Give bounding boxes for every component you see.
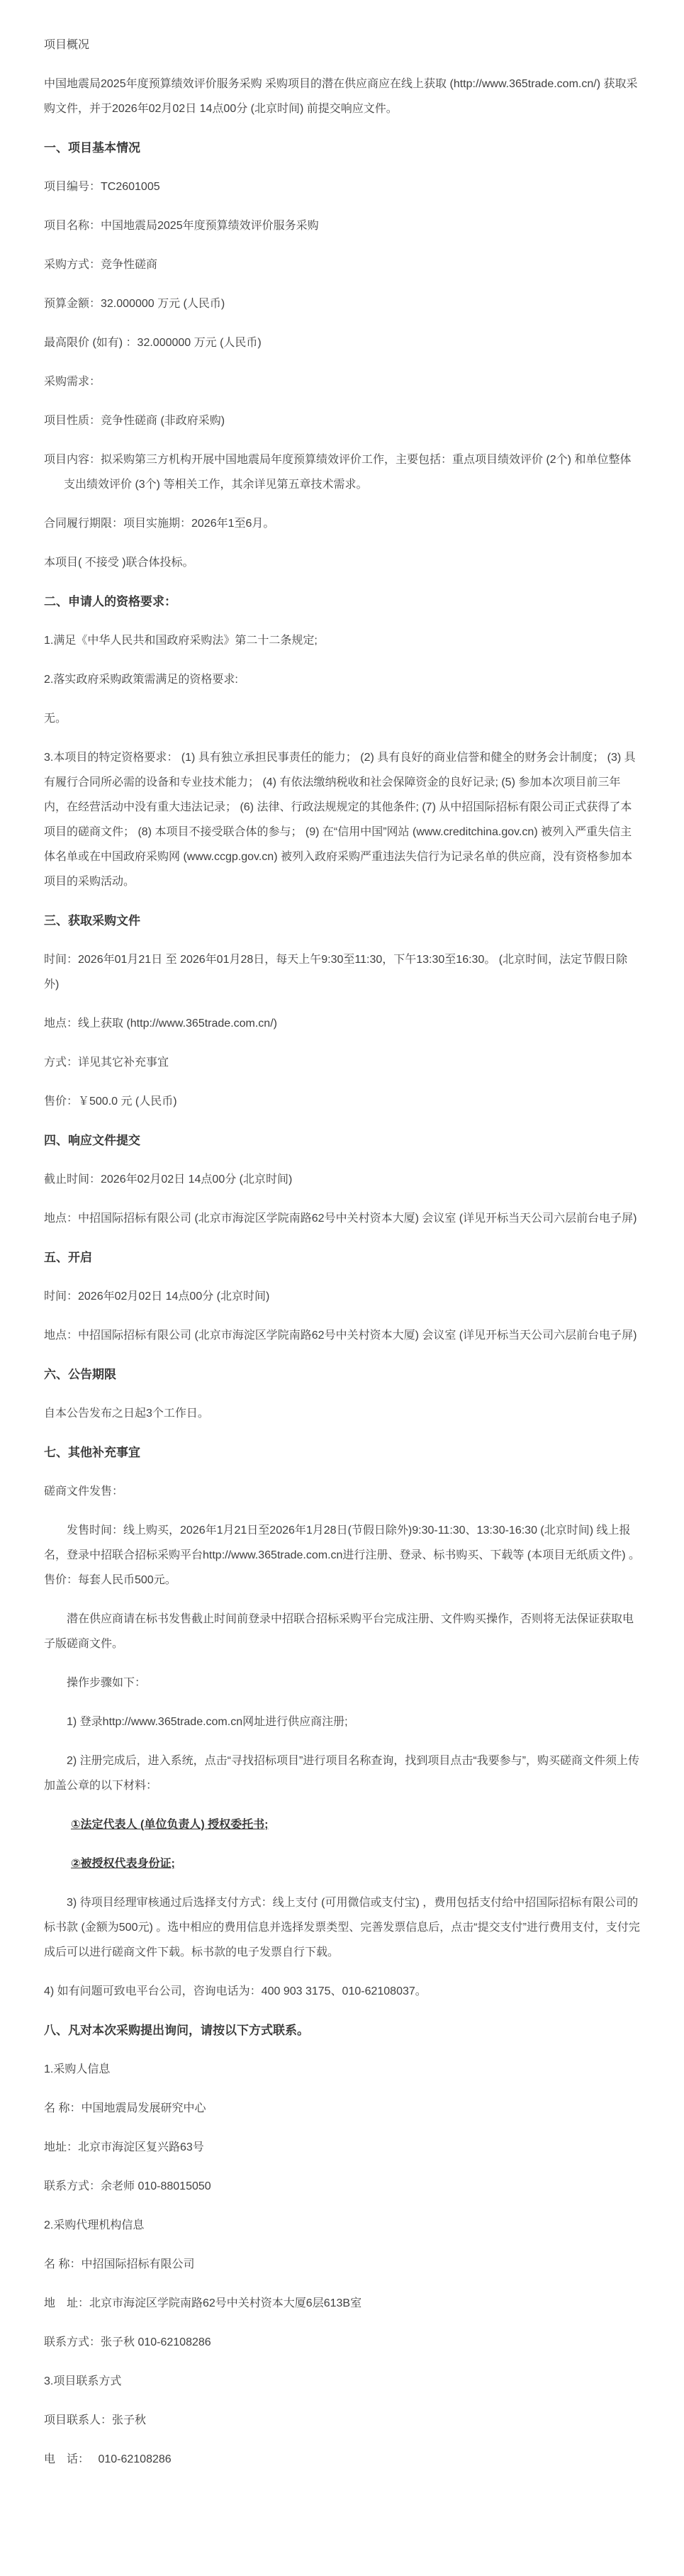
procurement-notice-document: 项目概况 中国地震局2025年度预算绩效评价服务采购 采购项目的潜在供应商应在线… xyxy=(0,0,684,2536)
step-1: 1) 登录http://www.365trade.com.cn网址进行供应商注册… xyxy=(44,1710,640,1734)
doc-sale-label: 磋商文件发售： xyxy=(44,1479,640,1504)
step-2-material-1: ①法定代表人 (单位负责人) 授权委托书; xyxy=(44,1812,640,1837)
project-contact-person: 项目联系人：张子秋 xyxy=(44,2408,640,2433)
field-consortium-bid: 本项目( 不接受 )联合体投标。 xyxy=(44,550,640,575)
steps-label: 操作步骤如下： xyxy=(44,1671,640,1695)
field-budget-amount: 预算金额：32.000000 万元 (人民币) xyxy=(44,291,640,316)
step-4: 4) 如有问题可致电平台公司，咨询电话为：400 903 3175、010-62… xyxy=(44,1979,640,2004)
field-project-content: 项目内容：拟采购第三方机构开展中国地震局年度预算绩效评价工作，主要包括：重点项目… xyxy=(44,447,640,497)
qualification-item-3: 3.本项目的特定资格要求： (1) 具有独立承担民事责任的能力； (2) 具有良… xyxy=(44,745,640,894)
section-3-heading: 三、获取采购文件 xyxy=(44,908,640,933)
section-7-heading: 七、其他补充事宜 xyxy=(44,1440,640,1465)
field-project-number: 项目编号：TC2601005 xyxy=(44,174,640,199)
doc-obtain-price: 售价：￥500.0 元 (人民币) xyxy=(44,1089,640,1114)
field-procurement-method: 采购方式：竞争性磋商 xyxy=(44,252,640,277)
section-1-heading: 一、项目基本情况 xyxy=(44,135,640,160)
doc-obtain-method: 方式：详见其它补充事宜 xyxy=(44,1050,640,1075)
field-project-nature: 项目性质：竞争性磋商 (非政府采购) xyxy=(44,408,640,433)
purchaser-name: 名 称：中国地震局发展研究中心 xyxy=(44,2096,640,2121)
doc-sale-time: 发售时间：线上购买，2026年1月21日至2026年1月28日(节假日除外)9:… xyxy=(44,1518,640,1593)
field-contract-period: 合同履行期限：项目实施期：2026年1至6月。 xyxy=(44,511,640,536)
step-3: 3) 待项目经理审核通过后选择支付方式：线上支付 (可用微信或支付宝) ，费用包… xyxy=(44,1890,640,1965)
field-max-price: 最高限价 (如有) ：32.000000 万元 (人民币) xyxy=(44,330,640,355)
section-4-heading: 四、响应文件提交 xyxy=(44,1128,640,1153)
purchaser-contact: 联系方式：余老师 010-88015050 xyxy=(44,2174,640,2199)
section-6-heading: 六、公告期限 xyxy=(44,1362,640,1387)
doc-obtain-location: 地点：线上获取 (http://www.365trade.com.cn/) xyxy=(44,1011,640,1036)
field-project-name: 项目名称：中国地震局2025年度预算绩效评价服务采购 xyxy=(44,213,640,238)
submission-deadline: 截止时间：2026年02月02日 14点00分 (北京时间) xyxy=(44,1167,640,1192)
qualification-item-1: 1.满足《中华人民共和国政府采购法》第二十二条规定; xyxy=(44,628,640,653)
project-contact-phone: 电 话： 010-62108286 xyxy=(44,2447,640,2472)
agency-address: 地 址：北京市海淀区学院南路62号中关村资本大厦6层613B室 xyxy=(44,2291,640,2316)
section-2-heading: 二、申请人的资格要求： xyxy=(44,589,640,614)
step-2: 2) 注册完成后，进入系统，点击“寻找招标项目”进行项目名称查询，找到项目点击“… xyxy=(44,1749,640,1798)
qualification-item-2-none: 无。 xyxy=(44,706,640,731)
qualification-item-2: 2.落实政府采购政策需满足的资格要求: xyxy=(44,667,640,692)
page-title: 项目概况 xyxy=(44,33,640,57)
section-5-heading: 五、开启 xyxy=(44,1245,640,1270)
agency-info-label: 2.采购代理机构信息 xyxy=(44,2213,640,2238)
section-8-heading: 八、凡对本次采购提出询问，请按以下方式联系。 xyxy=(44,2018,640,2043)
intro-paragraph: 中国地震局2025年度预算绩效评价服务采购 采购项目的潜在供应商应在线上获取 (… xyxy=(44,72,640,121)
agency-contact: 联系方式：张子秋 010-62108286 xyxy=(44,2330,640,2355)
announcement-period: 自本公告发布之日起3个工作日。 xyxy=(44,1401,640,1426)
step-2-material-2: ②被授权代表身份证; xyxy=(44,1851,640,1876)
field-procurement-demand: 采购需求： xyxy=(44,369,640,394)
doc-obtain-time: 时间：2026年01月21日 至 2026年01月28日，每天上午9:30至11… xyxy=(44,947,640,997)
purchaser-address: 地址：北京市海淀区复兴路63号 xyxy=(44,2135,640,2160)
agency-name: 名 称：中招国际招标有限公司 xyxy=(44,2252,640,2277)
opening-location: 地点：中招国际招标有限公司 (北京市海淀区学院南路62号中关村资本大厦) 会议室… xyxy=(44,1323,640,1348)
submission-location: 地点：中招国际招标有限公司 (北京市海淀区学院南路62号中关村资本大厦) 会议室… xyxy=(44,1206,640,1231)
doc-sale-note: 潜在供应商请在标书发售截止时间前登录中招联合招标采购平台完成注册、文件购买操作，… xyxy=(44,1607,640,1656)
opening-time: 时间：2026年02月02日 14点00分 (北京时间) xyxy=(44,1284,640,1309)
purchaser-info-label: 1.采购人信息 xyxy=(44,2057,640,2082)
project-contact-label: 3.项目联系方式 xyxy=(44,2369,640,2394)
